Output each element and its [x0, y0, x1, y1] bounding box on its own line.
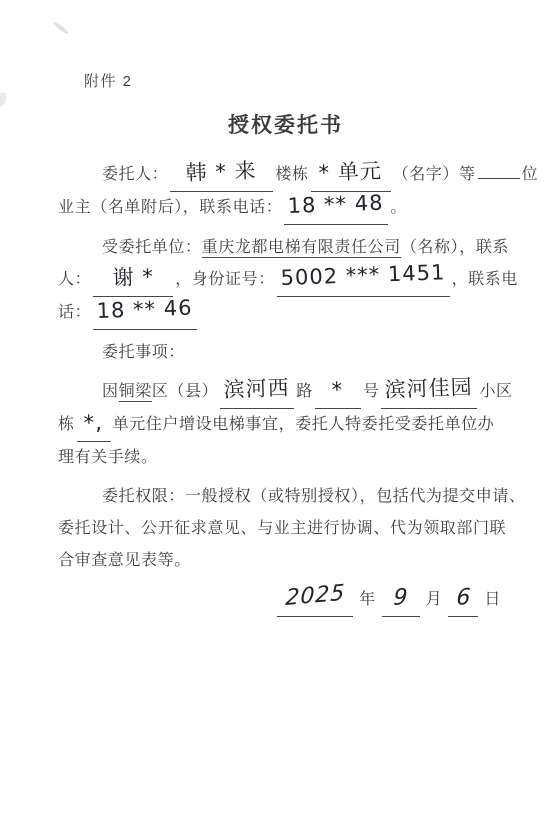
authority-text-3: 合审查意见表等。 [58, 552, 191, 569]
paragraph-date: 2025年9月6日 [58, 584, 513, 617]
community-name-blank: 滨河佳园 [381, 376, 477, 409]
handwritten-text: 韩 * 来 [186, 161, 258, 183]
handwritten-text: 2025 [285, 584, 346, 609]
document-body: 委托人：韩 * 来楼栋* 单元（名字）等位业主（名单附后），联系电话：18 **… [58, 159, 513, 617]
paragraph-matters-body: 因铜梁区（县）滨河西路*号滨河佳园小区栋*,单元住户增设电梯事宜，委托人特委托受… [58, 376, 513, 474]
label-entrusted-unit: 受委托单位： [102, 239, 202, 256]
handwritten-text: 滨河佳园 [385, 377, 474, 400]
handwritten-text: 滨河西 [224, 378, 291, 400]
road-name-blank: 滨河西 [220, 376, 294, 409]
handwritten-text: 9 [393, 588, 409, 609]
month-blank: 9 [382, 584, 420, 617]
line-matters-heading: 委托事项： [58, 337, 513, 369]
label-building: 楼栋 [275, 166, 308, 183]
principal-name-blank: 韩 * 来 [170, 159, 273, 192]
owner-count-blank [478, 178, 520, 179]
label-month: 月 [426, 591, 443, 608]
label-because: 因 [102, 383, 119, 400]
year-blank: 2025 [277, 584, 353, 617]
line-matters-2: 栋*,单元住户增设电梯事宜，委托人特委托受委托单位办 [58, 409, 513, 442]
company-name: 重庆龙都电梯有限责任公司 [202, 239, 401, 258]
principal-phone-blank: 18 ** 48 [284, 192, 388, 225]
handwritten-text: * 单元 [318, 161, 382, 183]
authority-text-2: 委托设计、公开征求意见、与业主进行协调、代为领取部门联 [58, 520, 506, 537]
authority-text-1: 委托权限：一般授权（或特别授权），包括代为提交申请、 [102, 488, 526, 505]
handwritten-text: 18 ** 48 [288, 193, 384, 216]
attachment-label: 附件 2 [84, 70, 513, 91]
label-company-suffix: （名称），联系 [401, 239, 509, 256]
contact-name-blank: 谢 * [93, 264, 173, 297]
label-contact-person: 人： [58, 271, 91, 288]
line-matters-3: 理有关手续。 [58, 442, 513, 474]
matters-text-1: 单元住户增设电梯事宜，委托人特委托受委托单位办 [113, 416, 495, 433]
line-authority-3: 合审查意见表等。 [58, 545, 513, 577]
unit-blank: * 单元 [311, 159, 391, 192]
line-entrusted-2: 人：谢 *，身份证号：5002 *** 1451，联系电 [58, 264, 513, 297]
handwritten-text: * [331, 380, 343, 400]
line-principal-2: 业主（名单附后），联系电话：18 ** 48。 [58, 192, 513, 225]
punctuation-period: 。 [390, 199, 407, 216]
paragraph-matters-heading: 委托事项： [58, 337, 513, 369]
handwritten-text: 谢 * [112, 267, 154, 288]
scan-smudge [0, 91, 8, 108]
line-principal-1: 委托人：韩 * 来楼栋* 单元（名字）等位 [58, 159, 513, 192]
line-entrusted-3: 话：18 ** 46 [58, 297, 513, 330]
label-phone-suffix: 话： [58, 304, 91, 321]
label-road: 路 [296, 383, 313, 400]
label-year: 年 [359, 591, 376, 608]
label-names-etc: （名字）等 [393, 166, 476, 183]
paragraph-authority: 委托权限：一般授权（或特别授权），包括代为提交申请、委托设计、公开征求意见、与业… [58, 481, 513, 577]
line-authority-2: 委托设计、公开征求意见、与业主进行协调、代为领取部门联 [58, 513, 513, 545]
scan-smudge [53, 21, 70, 35]
authorization-letter-page: 附件 2 授权委托书 委托人：韩 * 来楼栋* 单元（名字）等位业主（名单附后）… [0, 0, 553, 822]
label-principal-phone: 业主（名单附后），联系电话： [58, 199, 282, 216]
handwritten-text: 5002 *** 1451 [280, 262, 445, 288]
label-building-suffix: 栋 [58, 416, 75, 433]
label-district: 区（县） [152, 383, 218, 400]
label-count-unit: 位 [522, 166, 539, 183]
day-blank: 6 [448, 584, 478, 617]
label-number: 号 [363, 383, 380, 400]
document-title: 授权委托书 [58, 109, 513, 139]
paragraph-principal: 委托人：韩 * 来楼栋* 单元（名字）等位业主（名单附后），联系电话：18 **… [58, 159, 513, 225]
paragraph-entrusted-unit: 受委托单位：重庆龙都电梯有限责任公司（名称），联系人：谢 *，身份证号：5002… [58, 232, 513, 330]
district-name: 铜梁 [119, 383, 152, 402]
label-community: 小区 [479, 383, 512, 400]
handwritten-text: 18 ** 46 [97, 298, 193, 321]
label-principal: 委托人： [102, 166, 168, 183]
contact-phone-blank: 18 ** 46 [93, 297, 197, 330]
building-number-blank: *, [77, 409, 111, 442]
label-id-number: ，身份证号： [175, 271, 275, 288]
line-authority-1: 委托权限：一般授权（或特别授权），包括代为提交申请、 [58, 481, 513, 513]
id-number-blank: 5002 *** 1451 [277, 264, 450, 297]
line-date: 2025年9月6日 [58, 584, 513, 617]
handwritten-text: *, [83, 412, 103, 433]
street-number-blank: * [315, 376, 361, 409]
matters-text-2: 理有关手续。 [58, 449, 158, 466]
label-day: 日 [484, 591, 501, 608]
line-entrusted-1: 受委托单位：重庆龙都电梯有限责任公司（名称），联系 [58, 232, 513, 264]
handwritten-text: 6 [456, 588, 472, 609]
label-matters: 委托事项： [102, 344, 185, 361]
label-phone-prefix: ，联系电 [452, 271, 518, 288]
line-matters-1: 因铜梁区（县）滨河西路*号滨河佳园小区 [58, 376, 513, 409]
